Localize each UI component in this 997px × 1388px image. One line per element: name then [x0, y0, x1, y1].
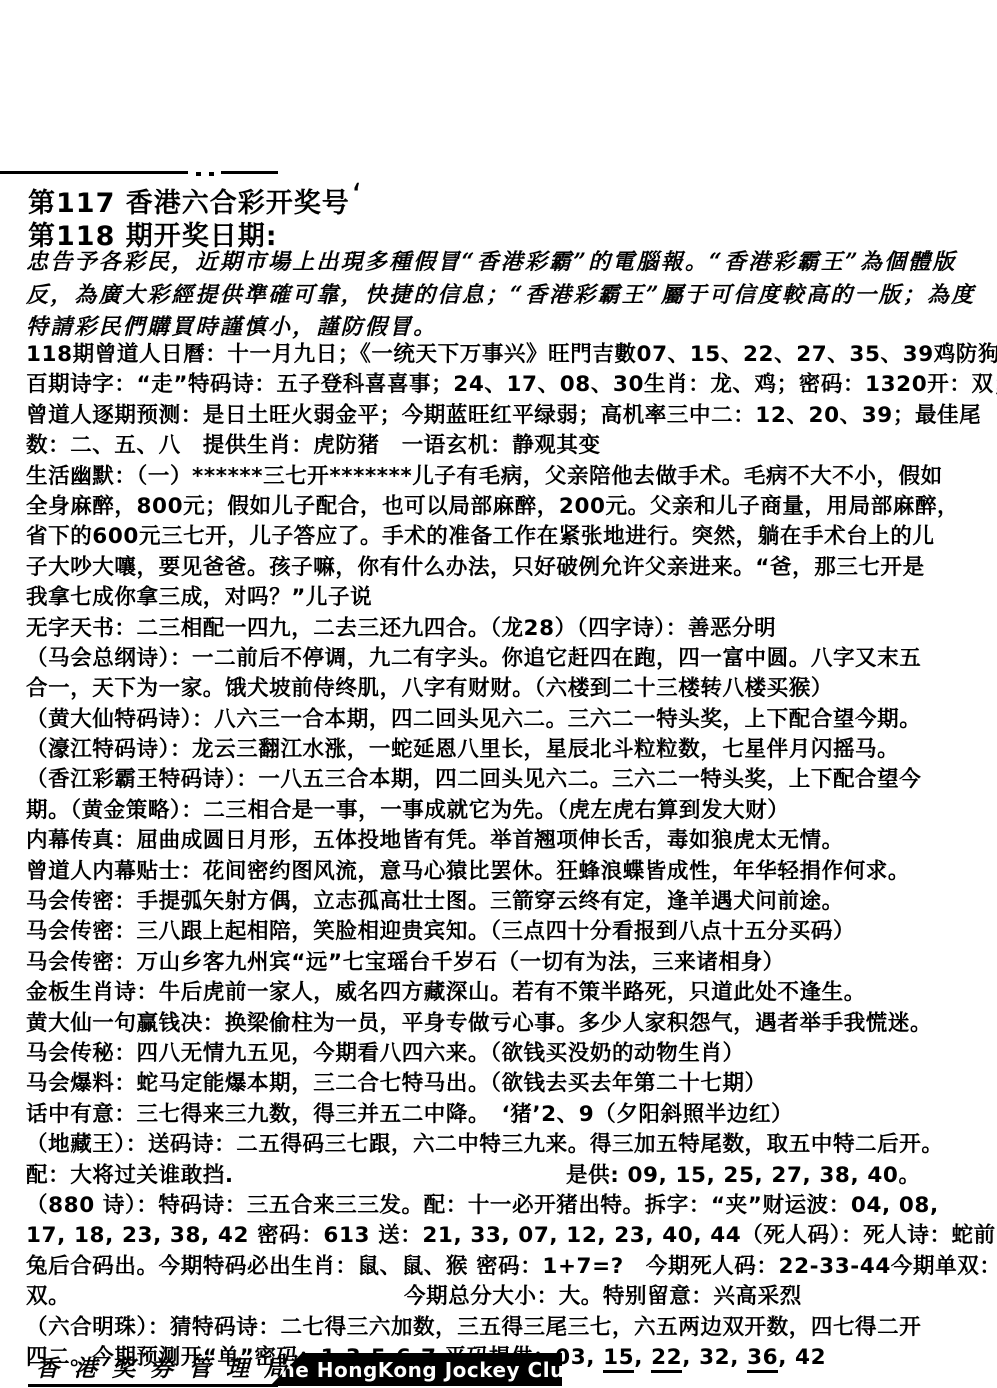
- text-line: （黄大仙特码诗）：八六三一合本期，四二回头见六二。三六二一特头奖，上下配合望今期…: [26, 705, 988, 735]
- hkjc-banner: The HongKong Jockey Club: [270, 1353, 562, 1386]
- text-line: 马会爆料：蛇马定能爆本期，三二合七特马出。（欲钱去买去年第二十七期）: [26, 1069, 988, 1099]
- text-line: （濠江特码诗）：龙云三翻江水涨，一蛇延恩八里长，星辰北斗粒粒数，七星伴月闪摇马。: [26, 735, 988, 765]
- notice-line: 忠告予各彩民，近期市場上出現多種假冒“香港彩霸”的電腦報。“香港彩霸王”為個體版: [26, 246, 982, 279]
- text-line: 马会传密：手提弧矢射方偶，立志孤高壮士图。三箭穿云终有定，逢羊遇犬问前途。: [26, 887, 988, 917]
- text-line: 子大吵大嚷，要见爸爸。孩子嘛，你有什么办法，只好破例允许父亲进来。“爸，那三七开…: [26, 553, 988, 583]
- header-divider: [0, 171, 997, 176]
- underlined-number: 36: [747, 1345, 778, 1373]
- text-line: 曾道人逐期预测：是日土旺火弱金平；今期蓝旺红平绿弱；高机率三中二：12、20、3…: [26, 401, 988, 431]
- final-line-text: , 42: [778, 1345, 826, 1370]
- divider-segment: [221, 171, 278, 174]
- text-line: 全身麻醉，800元；假如儿子配合，也可以局部麻醉，200元。父亲和儿子商量，用局…: [26, 492, 988, 522]
- text-line: 17, 18, 23, 38, 42 密码：613 送：21, 33, 07, …: [26, 1221, 988, 1251]
- divider-dot: [196, 172, 201, 176]
- total-size-note: 今期总分大小：大。特别留意：兴高采烈: [404, 1282, 802, 1312]
- text-line: （地藏王）：送码诗：二五得码三七跟，六二中特三九来。得三加五特尾数，取五中特二后…: [26, 1130, 988, 1160]
- text-line: 我拿七成你拿三成，对吗？”儿子说: [26, 583, 988, 613]
- text-line-split: 双。 今期总分大小：大。特别留意：兴高采烈: [26, 1282, 988, 1312]
- text-line: 百期诗字：“走”特码诗：五子登科喜喜事；24、17、08、30生肖：龙、鸡；密码…: [26, 370, 988, 400]
- provided-numbers: 是供: 09, 15, 25, 27, 38, 40。: [566, 1161, 921, 1191]
- text-line: 马会传密：万山乡客九州宾“远”七宝瑶台千岁石（一切有为法，三来诸相身）: [26, 948, 988, 978]
- text-line: （马会总纲诗）：一二前后不停调，九二有字头。你追它赶四在跑，四一富中圆。八字又末…: [26, 644, 988, 674]
- text-line: 无字天书：二三相配一四九，二去三还九四合。（龙28）（四字诗）：善恶分明: [26, 614, 988, 644]
- text-line: 省下的600元三七开，儿子答应了。手术的准备工作在紧张地进行。突然，躺在手术台上…: [26, 522, 988, 552]
- text-line: 期。（黄金策略）：二三相合是一事，一事成就它为先。（虎左虎右算到发大财）: [26, 796, 988, 826]
- counterfeit-warning-paragraph: 忠告予各彩民，近期市場上出現多種假冒“香港彩霸”的電腦報。“香港彩霸王”為個體版…: [26, 246, 982, 344]
- divider-dot: [209, 172, 214, 176]
- pen-mark: ʻ: [352, 176, 363, 214]
- main-text-block: 118期曾道人日曆：十一月九日；《一统天下万事兴》旺門吉數07、15、22、27…: [26, 340, 988, 1373]
- lottery-tip-sheet-page: 第117 香港六合彩开奖号ʻ 第118 期开奖日期: 忠告予各彩民，近期市場上出…: [0, 0, 997, 1388]
- underlined-number: 22: [651, 1345, 682, 1373]
- text-line: 数：二、五、八 提供生肖：虎防猪 一语玄机：静观其变: [26, 431, 988, 461]
- text-line: 马会传秘：四八无情九五见，今期看八四六来。（欲钱买没奶的动物生肖）: [26, 1039, 988, 1069]
- text-line: 生活幽默：（一）******三七开*******儿子有毛病，父亲陪他去做手术。毛…: [26, 462, 988, 492]
- text-line: 曾道人内幕贴士：花间密约图风流，意马心猿比罢休。狂蜂浪蝶皆成性，年华轻捐作何求。: [26, 857, 988, 887]
- text-line: 内幕传真：屈曲成圆日月形，五体投地皆有凭。举首翘项伸长舌，毒如狼虎太无情。: [26, 826, 988, 856]
- text-line: （880 诗）：特码诗：三五合来三三发。配：十一必开猪出特。拆字：“夹”财运波：…: [26, 1191, 988, 1221]
- final-line-text: ,: [634, 1345, 651, 1370]
- odd-even-result: 双。: [26, 1284, 70, 1309]
- pairing-phrase: 配：大将过关谁敢挡.: [26, 1163, 234, 1188]
- text-line: （六合明珠）：猜特码诗：二七得三六加数，三五得三尾三七，六五两边双开数，四七得二…: [26, 1313, 988, 1343]
- agency-script-text: 香港奖券管理局: [36, 1350, 302, 1383]
- text-line: 马会传密：三八跟上起相陪，笑脸相迎贵宾知。（三点四十分看报到八点十五分买码）: [26, 917, 988, 947]
- notice-line: 特請彩民們購買時謹慎小，謹防假冒。: [26, 311, 982, 344]
- text-line: 黄大仙一句赢钱决：换梁偷柱为一员，平身专做亏心事。多少人家积怨气，遇者举手我慌迷…: [26, 1009, 988, 1039]
- text-line: 话中有意：三七得来三九数，得三并五二中降。 ‘猪’2、9（夕阳斜照半边红）: [26, 1100, 988, 1130]
- text-line: （香江彩霸王特码诗）：一八五三合本期，四二回头见六二。三六二一特头奖，上下配合望…: [26, 765, 988, 795]
- notice-line: 反，為廣大彩經提供準確可靠，快捷的信息；“香港彩霸王”屬于可信度較高的一版；為度: [26, 279, 982, 312]
- text-line: 合一，天下为一家。饿犬坡前侍终肌，八字有财财。（六楼到二十三楼转八楼买猴）: [26, 674, 988, 704]
- divider-segment: [0, 171, 188, 174]
- text-line: 金板生肖诗：牛后虎前一家人，威名四方藏深山。若有不策半路死，只道此处不逢生。: [26, 978, 988, 1008]
- final-line-text: , 32,: [682, 1345, 747, 1370]
- hkjc-banner-text: The HongKong Jockey Club: [266, 1358, 579, 1382]
- text-line: 兔后合码出。今期特码必出生肖：鼠、鼠、猴 密码：1+7=? 今期死人码：22-3…: [26, 1252, 988, 1282]
- text-line: 118期曾道人日曆：十一月九日；《一统天下万事兴》旺門吉數07、15、22、27…: [26, 340, 988, 370]
- underlined-number: 15: [603, 1345, 634, 1373]
- text-line-split: 配：大将过关谁敢挡. 是供: 09, 15, 25, 27, 38, 40。: [26, 1161, 988, 1191]
- agency-underline: [28, 1384, 278, 1387]
